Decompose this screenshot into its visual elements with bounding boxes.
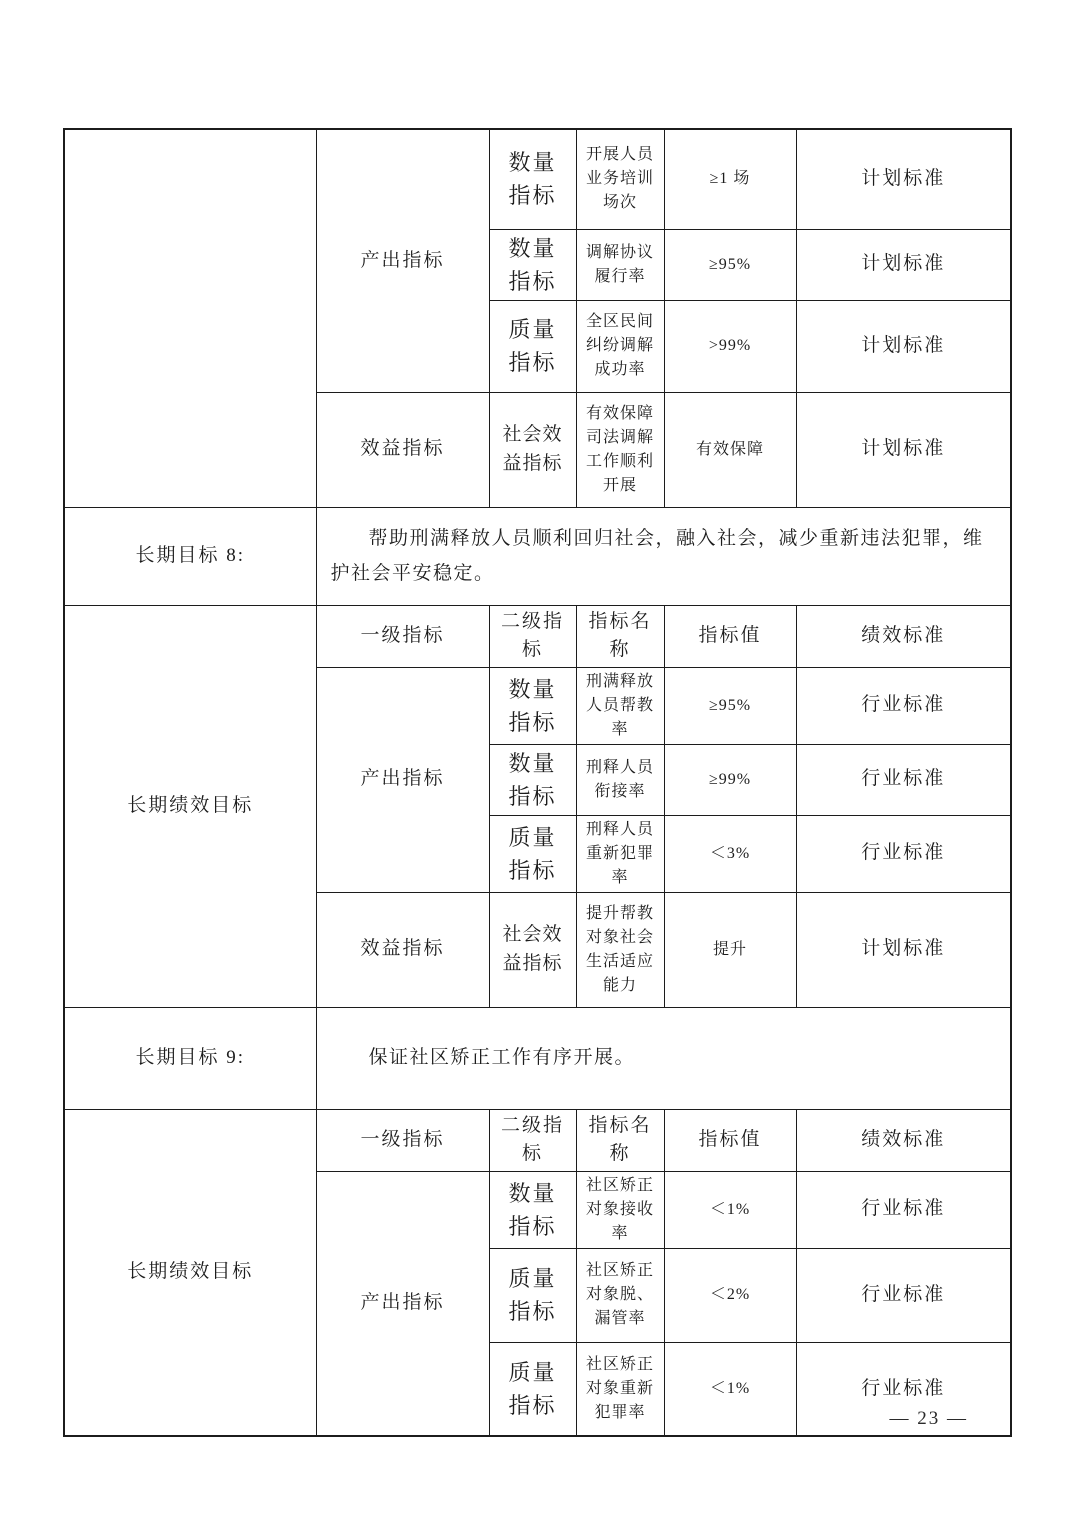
goal8-label-cell: 长期目标 8: [64, 507, 316, 605]
indicator-value-cell: ＜1% [664, 1342, 796, 1436]
header-value-cell: 指标值 [664, 605, 796, 667]
level2-indicator-cell: 数量指标 [489, 1171, 576, 1248]
level2-indicator-cell: 数量指标 [489, 229, 576, 300]
level2-indicator-label: 数量指标 [508, 232, 556, 298]
level2-indicator-cell: 质量指标 [489, 1342, 576, 1436]
level2-indicator-label: 质量指标 [508, 1356, 556, 1422]
indicator-name-cell: 刑释人员衔接率 [576, 744, 664, 815]
standard-cell: 行业标准 [796, 1171, 1011, 1248]
indicator-name-cell: 调解协议履行率 [576, 229, 664, 300]
standard-cell: 计划标准 [796, 392, 1011, 507]
header-level1-cell: 一级指标 [316, 605, 489, 667]
indicator-name-cell: 刑满释放人员帮教率 [576, 667, 664, 744]
indicator-name-cell: 社区矫正对象脱、漏管率 [576, 1248, 664, 1342]
level2-indicator-cell: 质量指标 [489, 1248, 576, 1342]
level2-indicator-cell: 数量指标 [489, 129, 576, 229]
document-page: 产出指标 数量指标 开展人员业务培训场次 ≥1 场 计划标准 数量指标 调解协议… [0, 0, 1074, 1520]
level2-indicator-label: 数量指标 [508, 1177, 556, 1243]
level2-indicator-label: 质量指标 [508, 1262, 556, 1328]
goal8-text-cell: 帮助刑满释放人员顺利回归社会，融入社会，减少重新违法犯罪，维护社会平安稳定。 [316, 507, 1011, 605]
level2-indicator-label: 质量指标 [508, 313, 556, 379]
level2-indicator-cell: 数量指标 [489, 667, 576, 744]
header-name-cell: 指标名称 [576, 1109, 664, 1171]
standard-cell: 行业标准 [796, 744, 1011, 815]
level1-indicator-cell: 产出指标 [316, 667, 489, 892]
indicator-value-cell: ≥1 场 [664, 129, 796, 229]
table-row: 产出指标 数量指标 开展人员业务培训场次 ≥1 场 计划标准 [64, 129, 1011, 229]
level2-indicator-label: 质量指标 [508, 821, 556, 887]
indicator-name-cell: 开展人员业务培训场次 [576, 129, 664, 229]
indicator-value-cell: 提升 [664, 892, 796, 1007]
table-row: 长期目标 8: 帮助刑满释放人员顺利回归社会，融入社会，减少重新违法犯罪，维护社… [64, 507, 1011, 605]
level1-indicator-cell: 效益指标 [316, 892, 489, 1007]
level1-indicator-cell: 产出指标 [316, 129, 489, 392]
standard-cell: 行业标准 [796, 1248, 1011, 1342]
table-row: 长期绩效目标 一级指标 二级指标 指标名称 指标值 绩效标准 [64, 1109, 1011, 1171]
indicator-name-cell: 社区矫正对象接收率 [576, 1171, 664, 1248]
level2-indicator-cell: 质量指标 [489, 815, 576, 892]
long-term-target-cell: 长期绩效目标 [64, 1109, 316, 1436]
indicator-name-cell: 全区民间纠纷调解成功率 [576, 300, 664, 392]
indicator-value-cell: >99% [664, 300, 796, 392]
indicator-name-cell: 提升帮教对象社会生活适应能力 [576, 892, 664, 1007]
performance-indicator-table: 产出指标 数量指标 开展人员业务培训场次 ≥1 场 计划标准 数量指标 调解协议… [63, 128, 1012, 1437]
level2-indicator-label: 数量指标 [508, 146, 556, 212]
indicator-value-cell: ≥99% [664, 744, 796, 815]
long-term-target-cell: 长期绩效目标 [64, 605, 316, 1007]
indicator-value-cell: ＜2% [664, 1248, 796, 1342]
standard-cell: 计划标准 [796, 300, 1011, 392]
standard-cell: 计划标准 [796, 229, 1011, 300]
goal8-text: 帮助刑满释放人员顺利回归社会，融入社会，减少重新违法犯罪，维护社会平安稳定。 [321, 521, 1007, 591]
level2-indicator-label: 数量指标 [508, 673, 556, 739]
level2-indicator-cell: 社会效益指标 [489, 392, 576, 507]
page-number: — 23 — [890, 1408, 969, 1430]
indicator-value-cell: ≥95% [664, 667, 796, 744]
indicator-value-cell: ＜3% [664, 815, 796, 892]
level1-indicator-cell: 效益指标 [316, 392, 489, 507]
level2-indicator-cell: 社会效益指标 [489, 892, 576, 1007]
header-level2-cell: 二级指标 [489, 1109, 576, 1171]
level2-indicator-cell: 质量指标 [489, 300, 576, 392]
goal9-text: 保证社区矫正工作有序开展。 [321, 1040, 1007, 1075]
indicator-value-cell: ≥95% [664, 229, 796, 300]
level2-indicator-label: 数量指标 [508, 747, 556, 813]
standard-cell: 计划标准 [796, 892, 1011, 1007]
carryover-goal-cell [64, 129, 316, 507]
header-standard-cell: 绩效标准 [796, 605, 1011, 667]
indicator-value-cell: ＜1% [664, 1171, 796, 1248]
header-value-cell: 指标值 [664, 1109, 796, 1171]
goal9-text-cell: 保证社区矫正工作有序开展。 [316, 1007, 1011, 1109]
table-row: 长期绩效目标 一级指标 二级指标 指标名称 指标值 绩效标准 [64, 605, 1011, 667]
standard-cell: 行业标准 [796, 667, 1011, 744]
header-level1-cell: 一级指标 [316, 1109, 489, 1171]
indicator-name-cell: 刑释人员重新犯罪率 [576, 815, 664, 892]
indicator-value-cell: 有效保障 [664, 392, 796, 507]
header-level2-cell: 二级指标 [489, 605, 576, 667]
indicator-name-cell: 有效保障司法调解工作顺利开展 [576, 392, 664, 507]
standard-cell: 计划标准 [796, 129, 1011, 229]
table-row: 长期目标 9: 保证社区矫正工作有序开展。 [64, 1007, 1011, 1109]
indicator-name-cell: 社区矫正对象重新犯罪率 [576, 1342, 664, 1436]
level1-indicator-cell: 产出指标 [316, 1171, 489, 1436]
header-standard-cell: 绩效标准 [796, 1109, 1011, 1171]
header-name-cell: 指标名称 [576, 605, 664, 667]
goal9-label-cell: 长期目标 9: [64, 1007, 316, 1109]
level2-indicator-cell: 数量指标 [489, 744, 576, 815]
standard-cell: 行业标准 [796, 815, 1011, 892]
